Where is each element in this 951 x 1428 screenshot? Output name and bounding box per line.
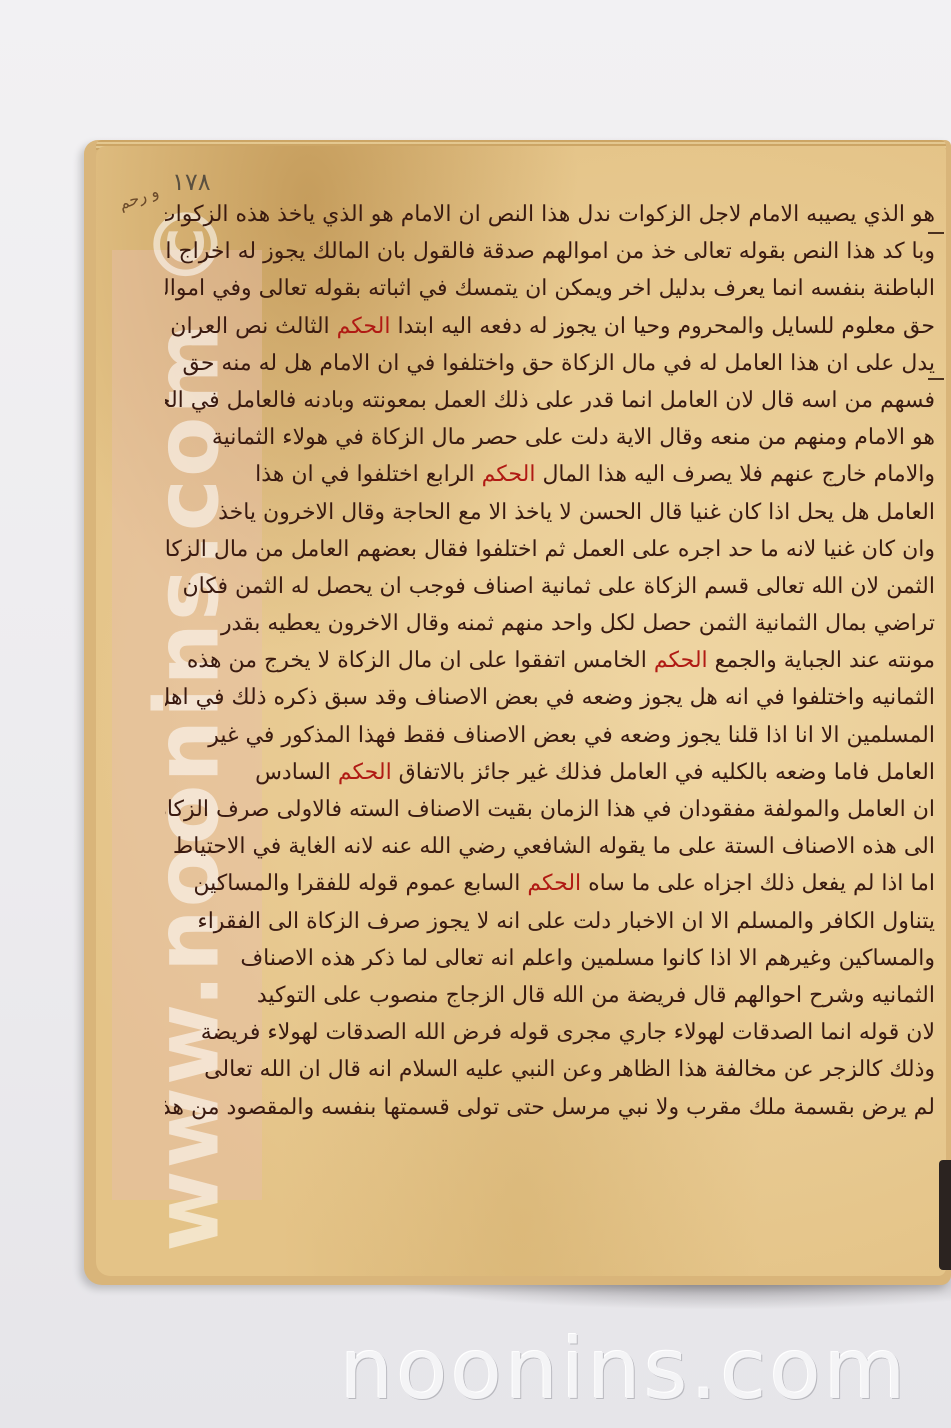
text-line: وان كان غنيا لانه ما حد اجره على العمل ث… (165, 531, 935, 568)
text-line: الثمانيه واختلفوا في انه هل يجوز وضعه في… (165, 679, 935, 716)
text-line: فسهم من اسه قال لان العامل انما قدر على … (165, 382, 935, 419)
text-line: العامل هل يحل اذا كان غنيا قال الحسن لا … (165, 494, 935, 531)
rubric-heading: الحكم (338, 760, 392, 785)
text-line: لم يرض بقسمة ملك مقرب ولا نبي مرسل حتى ت… (165, 1089, 935, 1126)
text-line: يدل على ان هذا العامل له في مال الزكاة ح… (165, 345, 935, 382)
text-line: الى هذه الاصناف الستة على ما يقوله الشاف… (165, 828, 935, 865)
text-line: اما اذا لم يفعل ذلك اجزاه على ما ساه الح… (165, 865, 935, 902)
text-line: وبا كد هذا النص بقوله تعالى خذ من امواله… (165, 233, 935, 270)
rubric-heading: الحكم (654, 648, 708, 673)
text-line: هو الامام ومنهم من منعه وقال الاية دلت ع… (165, 419, 935, 456)
text-line: حق معلوم للسايل والمحروم وحيا ان يجوز له… (165, 308, 935, 345)
text-line: ان العامل والمولفة مفقودان في هذا الزمان… (165, 791, 935, 828)
text-line: والامام خارج عنهم فلا يصرف اليه هذا الما… (165, 456, 935, 493)
rubric-heading: الحكم (527, 871, 581, 896)
rubric-heading: الحكم (337, 314, 391, 339)
text-line: لان قوله انما الصدقات لهولاء جاري مجرى ق… (165, 1014, 935, 1051)
text-line: العامل فاما وضعه بالكليه في العامل فذلك … (165, 754, 935, 791)
text-line: والمساكين وغيرهم الا اذا كانوا مسلمين وا… (165, 940, 935, 977)
manuscript-text: هو الذي يصيبه الامام لاجل الزكوات ندل هذ… (165, 196, 935, 1126)
folio-number: ١٧٨ (172, 168, 211, 196)
rubric-heading: الحكم (482, 462, 536, 487)
text-line: الثمن لان الله تعالى قسم الزكاة على ثمان… (165, 568, 935, 605)
margin-mark (928, 378, 944, 380)
book-binding (939, 1160, 951, 1270)
text-line: الباطنة بنفسه انما يعرف بدليل اخر ويمكن … (165, 270, 935, 307)
text-line: هو الذي يصيبه الامام لاجل الزكوات ندل هذ… (165, 196, 935, 233)
text-line: يتناول الكافر والمسلم الا ان الاخبار دلت… (165, 903, 935, 940)
text-line: المسلمين الا انا اذا قلنا يجوز وضعه في ب… (165, 717, 935, 754)
text-line: الثمانيه وشرح احوالهم قال فريضة من الله … (165, 977, 935, 1014)
text-line: وذلك كالزجر عن مخالفة هذا الظاهر وعن الن… (165, 1051, 935, 1088)
watermark-bottom: noonins.com (340, 1320, 909, 1418)
text-line: تراضي بمال الثمانية الثمن حصل لكل واحد م… (165, 605, 935, 642)
margin-mark (928, 232, 944, 234)
text-line: مونته عند الجباية والجمع الحكم الخامس ات… (165, 642, 935, 679)
